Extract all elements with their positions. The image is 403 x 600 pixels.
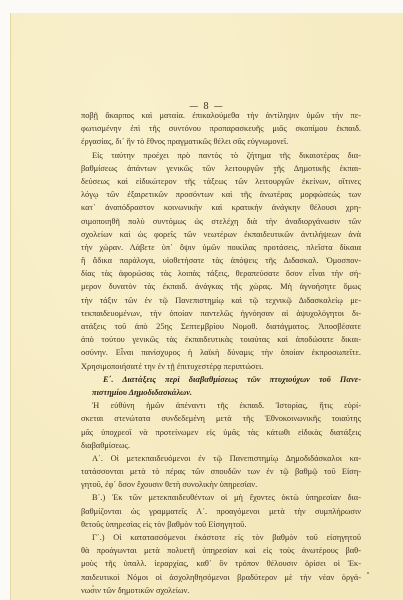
text-line: Β΄.) Ἐκ τῶν μετεκπαιδευθέντων οἱ μὴ ἔχον… bbox=[81, 491, 361, 504]
text-line: Χρησιμοποιήσατέ την ἐν τῇ ἐπιτυχεστέρᾳ π… bbox=[81, 360, 361, 373]
text-line: μερον δυνατὸν τὰς ἐκπαιδ. ἀνάγκας τῆς χώ… bbox=[81, 280, 361, 293]
text-line: θετοῦς ὑπηρεσίας εἰς τὸν βαθμὸν τοῦ Εἰση… bbox=[81, 518, 361, 531]
text-line: Α΄. Οἱ μετεκπαιδευόμενοι ἐν τῷ Πανεπιστη… bbox=[81, 452, 361, 465]
text-line: τεκπαιδευομένων, τὴν ὁποίαν παντελῶς ἠγν… bbox=[81, 307, 361, 320]
text-line: θὰ προάγωνται μετὰ πολυετῆ ὑπηρεσίαν καὶ… bbox=[81, 544, 361, 557]
paragraph: ποβῇ ἄκαρπος καὶ ματαία. ἐπικαλούμεθα τὴ… bbox=[81, 109, 361, 149]
text-line: σιμοποιηθῆ πολὺ συντόμως ὡς στελέχη διὰ … bbox=[81, 215, 361, 228]
text-line: ἀπὸ τούτου γενικῶς τὰς ἐκπαιδευτικὰς τοι… bbox=[81, 333, 361, 346]
text-line: γητοῦ, ἐφ᾽ ὅσον ἔχουσιν θετὴ συνολικὴν ὑ… bbox=[81, 478, 361, 491]
text-line: δεύσεως καὶ εἰδικώτερον τῆς τάξεως τῶν λ… bbox=[81, 175, 361, 188]
text-line: λόγῳ τῶν ἐξαιρετικῶν προσόντων καὶ τῆς ἀ… bbox=[81, 188, 361, 201]
paragraph: Εἰς ταύτην προέχει πρὸ παντὸς τὸ ζήτημα … bbox=[81, 149, 361, 373]
paragraph: Ἡ εὐθύνη ἡμῶν ἀπέναντι τῆς ἐκπαιδ. Ἱστορ… bbox=[81, 399, 361, 452]
text-line: διαβαθμίσεως. bbox=[81, 439, 361, 452]
text-line: μοὺς τῆς ὑπαλλ. ἱεραρχίας, καθ᾽ ὃν τρόπο… bbox=[81, 557, 361, 570]
paragraph-item-a: Α΄. Οἱ μετεκπαιδευόμενοι ἐν τῷ Πανεπιστη… bbox=[81, 452, 361, 492]
text-line: βαθμίζονται ὡς γραμματεῖς Α΄. προαγόμενο… bbox=[81, 505, 361, 518]
heading-line: πιστημίου Δημοδιδασκάλων. bbox=[81, 386, 361, 399]
text-line: νωσιν τῶν δημοτικῶν σχολείων. bbox=[81, 584, 361, 597]
text-line: φωτισμένην ἐπὶ τῆς συντόνου προπαρασκευῆ… bbox=[81, 122, 361, 135]
text-line: ποβῇ ἄκαρπος καὶ ματαία. ἐπικαλούμεθα τὴ… bbox=[81, 109, 361, 122]
text-line: κατ᾽ ἀναπόδραστον κοινωνικὴν καὶ κρατικὴ… bbox=[81, 201, 361, 214]
text-line: τὴν τάξιν τῶν ἐν τῷ Πανεπιστημίῳ καὶ τῷ … bbox=[81, 294, 361, 307]
text-line: Ἡ εὐθύνη ἡμῶν ἀπέναντι τῆς ἐκπαιδ. Ἱστορ… bbox=[81, 399, 361, 412]
heading-line: Ε΄. Διατάξεις περὶ διαβαθμίσεως τῶν πτυχ… bbox=[81, 373, 361, 386]
text-line: μᾶς ὑποχρεοῖ νὰ προτείνωμεν εἰς ὑμᾶς τὰς… bbox=[81, 426, 361, 439]
text-line: Γ΄.) Οἱ κατατασσόμενοι ἑκάστοτε εἰς τὸν … bbox=[81, 531, 361, 544]
text-line: οσύνην. Εἶναι πανίσχυρος ἡ λαϊκὴ δύναμις… bbox=[81, 346, 361, 359]
text-body: ποβῇ ἄκαρπος καὶ ματαία. ἐπικαλούμεθα τὴ… bbox=[81, 109, 361, 597]
text-line: δίας τὰς ἀφορώσας τὰς λοιπὰς τάξεις, θερ… bbox=[81, 267, 361, 280]
paper-speck bbox=[367, 572, 369, 574]
text-line: σκεται στενώτατα συνδεδεμένη μετὰ τῆς Ἐθ… bbox=[81, 412, 361, 425]
text-line: βαθμίσεως ἁπάντων γενικῶς τῶν λειτουργῶν… bbox=[81, 162, 361, 175]
scanned-page: — 8 — ποβῇ ἄκαρπος καὶ ματαία. ἐπικαλούμ… bbox=[10, 13, 403, 600]
text-line: τατάσσονται μετὰ τὸ πέρας τῶν σπουδῶν τω… bbox=[81, 465, 361, 478]
paragraph-item-b: Β΄.) Ἐκ τῶν μετεκπαιδευθέντων οἱ μὴ ἔχον… bbox=[81, 491, 361, 531]
text-line: παιδευτικοὶ Νόμοι οἱ ἀσχοληθησόμενοι βρα… bbox=[81, 571, 361, 584]
text-line: τὴν χώραν. Λάβετε ὑπ᾽ ὄψιν ὑμῶν ποικίλας… bbox=[81, 241, 361, 254]
text-line: ἢ ἄδικα παράλογα, υἱοθετήσατε τὰς ἀπόψει… bbox=[81, 254, 361, 267]
text-line: Εἰς ταύτην προέχει πρὸ παντὸς τὸ ζήτημα … bbox=[81, 149, 361, 162]
text-line: ατάξεις τοῦ ἀπὸ 25ης Σεπτεμβρίου Νομοθ. … bbox=[81, 320, 361, 333]
paper-speck bbox=[92, 585, 94, 587]
section-heading: Ε΄. Διατάξεις περὶ διαβαθμίσεως τῶν πτυχ… bbox=[81, 373, 361, 399]
text-line: σχολείων καὶ ὡς φορεῖς τῶν νεωτέρων ἐκπα… bbox=[81, 228, 361, 241]
paragraph-item-c: Γ΄.) Οἱ κατατασσόμενοι ἑκάστοτε εἰς τὸν … bbox=[81, 531, 361, 597]
paper-speck bbox=[274, 172, 276, 174]
text-line: ἐργασίας, δι᾽ ἣν τὸ ἔθνος πραγματικῶς θέ… bbox=[81, 135, 361, 148]
